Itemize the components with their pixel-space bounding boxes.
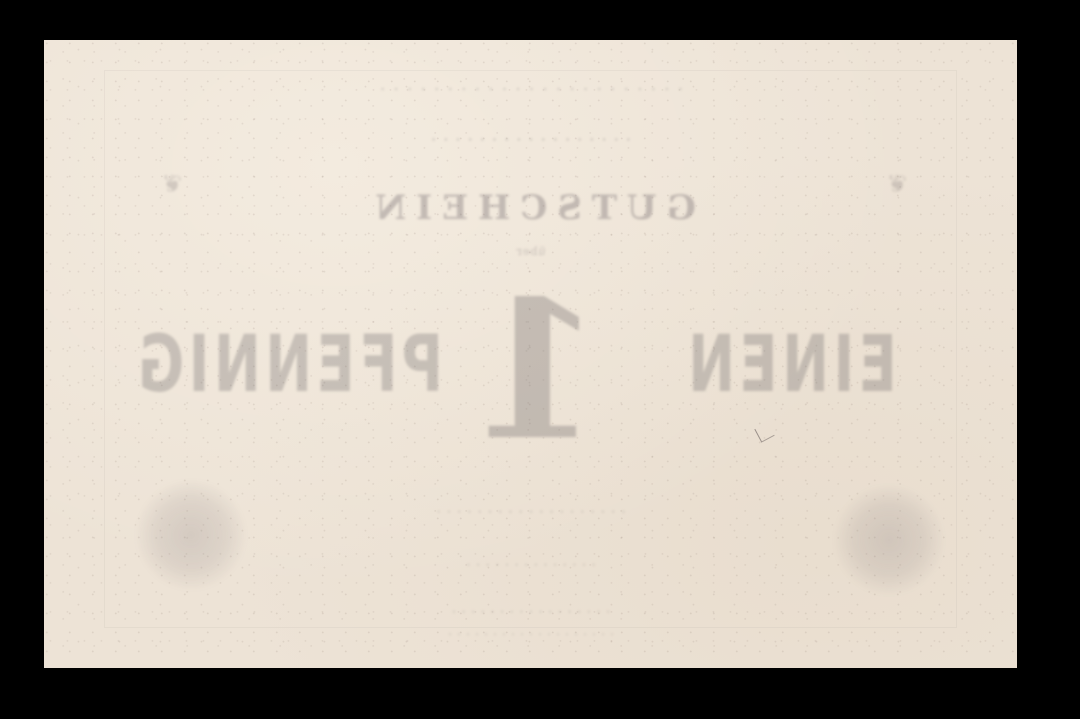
header-line-2: · · · · · · · · · · · · · · · · · bbox=[44, 130, 1017, 149]
denomination-word-einen: EINEN bbox=[684, 320, 897, 410]
voucher-subtitle: über bbox=[44, 245, 1017, 258]
header-line-1: · · · · · · · · · · · · · · · · · · · · … bbox=[44, 80, 1017, 98]
voucher-title: GUTSCHEIN bbox=[44, 188, 1017, 228]
banknote-reverse: · · · · · · · · · · · · · · · · · · · · … bbox=[44, 40, 1017, 668]
footer-line-4: · · · · · · · · · · · · · · · · · · · bbox=[44, 628, 1017, 641]
seal-right-icon bbox=[834, 485, 944, 595]
footer-line-3: · · · · · · · · · · · · · · · · · bbox=[44, 605, 1017, 619]
denomination-numeral: 1 bbox=[470, 276, 602, 466]
denomination-row: EINEN 1 PFENNIG bbox=[44, 290, 1017, 460]
seal-left-icon bbox=[136, 480, 246, 590]
scan-background: · · · · · · · · · · · · · · · · · · · · … bbox=[0, 0, 1080, 719]
denomination-word-pfennig: PFENNIG bbox=[134, 320, 443, 410]
